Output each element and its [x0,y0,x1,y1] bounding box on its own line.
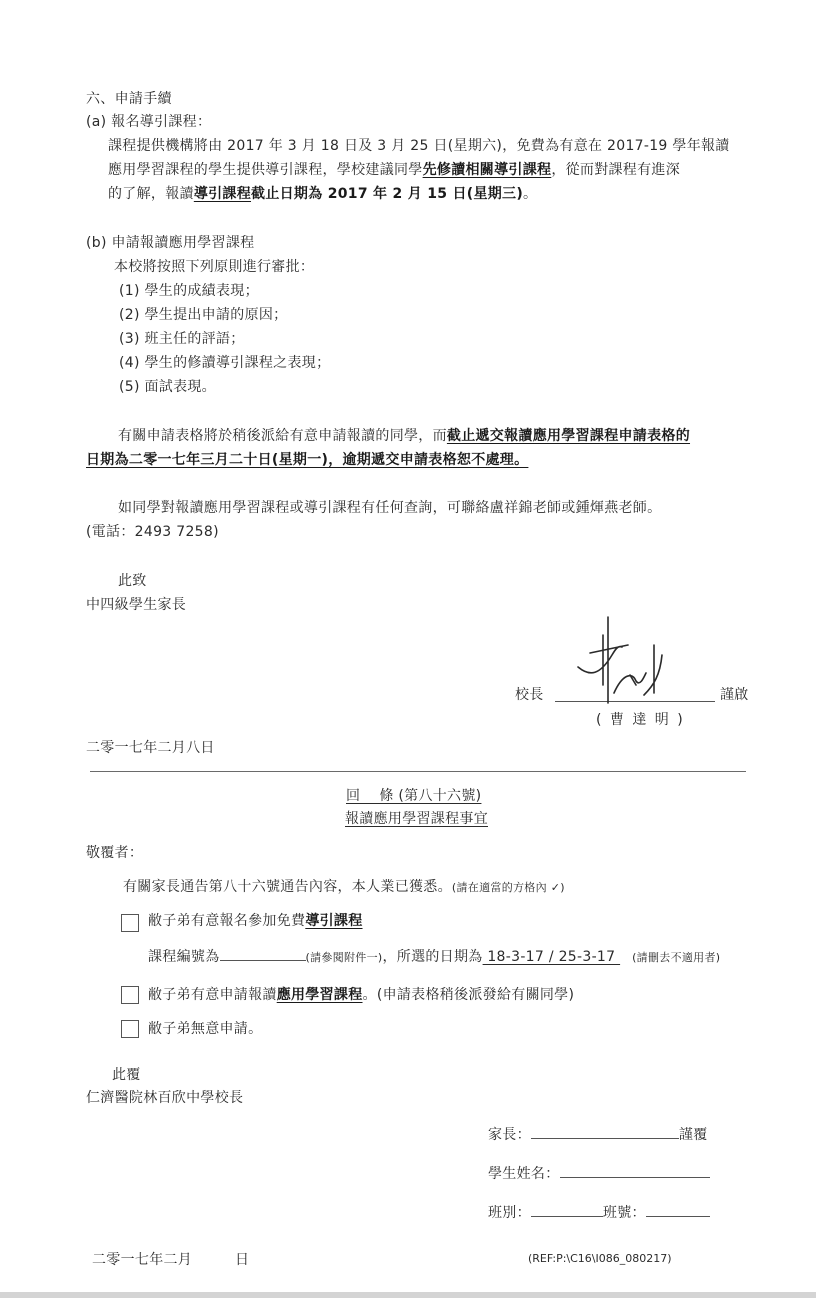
class-row: 班別：班號： [488,1202,710,1222]
salutation: 此致 [118,572,147,590]
parent-sign-off: 謹覆 [679,1127,708,1143]
course-code-line: 課程編號為(請參閱附件一)，所選的日期為 18-3-17 / 25-3-17 (… [148,946,720,967]
principal-name: ( 曹 達 明 ) [596,711,685,729]
notice-date: 二零一七年二月八日 [86,739,215,757]
text: 。 [523,186,537,202]
reply-salutation: 此覆 [112,1066,141,1084]
deadline-text: 截止日期為 2017 年 2 月 15 日(星期三) [251,186,523,202]
parent-label: 家長： [488,1127,531,1143]
respectfully-sign-off: 謹啟 [720,686,749,704]
deadline-para-line-1: 有關申請表格將於稍後派給有意申請報讀的同學，而截止遞交報讀應用學習課程申請表格的 [118,427,690,445]
class-number-field[interactable] [646,1202,710,1217]
tick-instruction: (請在適當的方格內 ✓) [452,881,565,894]
part-a-line-1: 課程提供機構將由 2017 年 3 月 18 日及 3 月 25 日(星期六)，… [108,137,730,155]
part-b-intro: 本校將按照下列原則進行審批： [114,258,314,276]
enquiry-phone: (電話：2493 7258) [86,523,219,541]
parent-signature-row: 家長：謹覆 [488,1124,708,1144]
emphasis-text: 導引課程 [194,186,251,202]
reply-slip-title: 回 條 (第八十六號) [346,787,481,805]
deadline-para-line-2: 日期為二零一七年三月二十日(星期一)，逾期遞交申請表格恕不處理。 [86,451,528,469]
criteria-item: (1) 學生的成績表現； [119,282,259,300]
text: 的了解，報讀 [108,186,194,202]
option-induction-course-checkbox[interactable] [121,914,139,932]
emphasis-text: 截止遞交報讀應用學習課程申請表格的 [447,428,690,444]
addressee: 敬覆者： [86,844,143,862]
recipient: 中四級學生家長 [86,596,186,614]
reference-code: (REF:P:\C16\I086_080217) [528,1252,672,1265]
school-recipient: 仁濟醫院林百欣中學校長 [86,1089,243,1107]
part-a-line-3: 的了解，報讀導引課程截止日期為 2017 年 2 月 15 日(星期三)。 [108,185,537,203]
enquiry-line-1: 如同學對報讀應用學習課程或導引課程有任何查詢，可聯絡盧祥錦老師或鍾煇燕老師。 [118,499,661,517]
student-name-field[interactable] [560,1163,710,1178]
parent-signature-field[interactable] [531,1124,679,1139]
option-induction-course-label: 敝子弟有意報名參加免費導引課程 [148,912,363,930]
text: 敝子弟有意報名參加免費 [148,913,305,929]
part-a-label: (a) 報名導引課程： [86,113,211,131]
annex-note: (請參閱附件一) [306,951,383,964]
delete-note: (請刪去不適用者) [632,951,720,964]
text: 有關申請表格將於稍後派給有意申請報讀的同學，而 [118,428,447,444]
reply-slip-subtitle: 報讀應用學習課程事宜 [345,810,488,828]
principal-label: 校長 [515,686,544,704]
emphasis-text: 導引課程 [305,913,362,929]
class-field[interactable] [531,1202,603,1217]
reply-date: 二零一七年二月 日 [92,1251,249,1269]
part-b-label: (b) 申請報讀應用學習課程 [86,234,254,252]
criteria-item: (2) 學生提出申請的原因； [119,306,287,324]
criteria-item: (4) 學生的修讀導引課程之表現； [119,354,330,372]
text: 有關家長通告第八十六號通告內容，本人業已獲悉。 [123,879,452,895]
class-number-label: 班號： [603,1205,646,1221]
option-not-applying-checkbox[interactable] [121,1020,139,1038]
option-applied-learning-checkbox[interactable] [121,986,139,1004]
criteria-item: (3) 班主任的評語； [119,330,245,348]
class-label: 班別： [488,1205,531,1221]
text: ，從而對課程有進深 [551,162,680,178]
course-code-label: 課程編號為 [148,949,220,965]
tear-off-divider [90,771,746,772]
student-name-label: 學生姓名： [488,1166,560,1182]
course-code-field[interactable] [220,946,306,961]
student-name-row: 學生姓名： [488,1163,710,1183]
option-not-applying-label: 敝子弟無意申請。 [148,1020,262,1038]
option-applied-learning-label: 敝子弟有意申請報讀應用學習課程。(申請表格稍後派發給有關同學) [148,986,574,1004]
part-a-line-2: 應用學習課程的學生提供導引課程，學校建議同學先修讀相關導引課程，從而對課程有進深 [108,161,680,179]
criteria-item: (5) 面試表現。 [119,378,216,396]
text: 敝子弟有意申請報讀 [148,987,277,1003]
text: 應用學習課程的學生提供導引課程，學校建議同學 [108,162,423,178]
emphasis-text: 應用學習課程 [277,987,363,1003]
section-heading: 六、申請手續 [86,90,172,108]
scan-edge [0,1292,816,1298]
text: 。(申請表格稍後派發給有關同學) [363,987,575,1003]
date-options[interactable]: 18-3-17 / 25-3-17 [483,949,633,965]
emphasis-text: 先修讀相關導引課程 [423,162,552,178]
signature-icon [570,615,680,705]
acknowledgement: 有關家長通告第八十六號通告內容，本人業已獲悉。(請在適當的方格內 ✓) [123,878,565,897]
date-label: ，所選的日期為 [382,949,482,965]
